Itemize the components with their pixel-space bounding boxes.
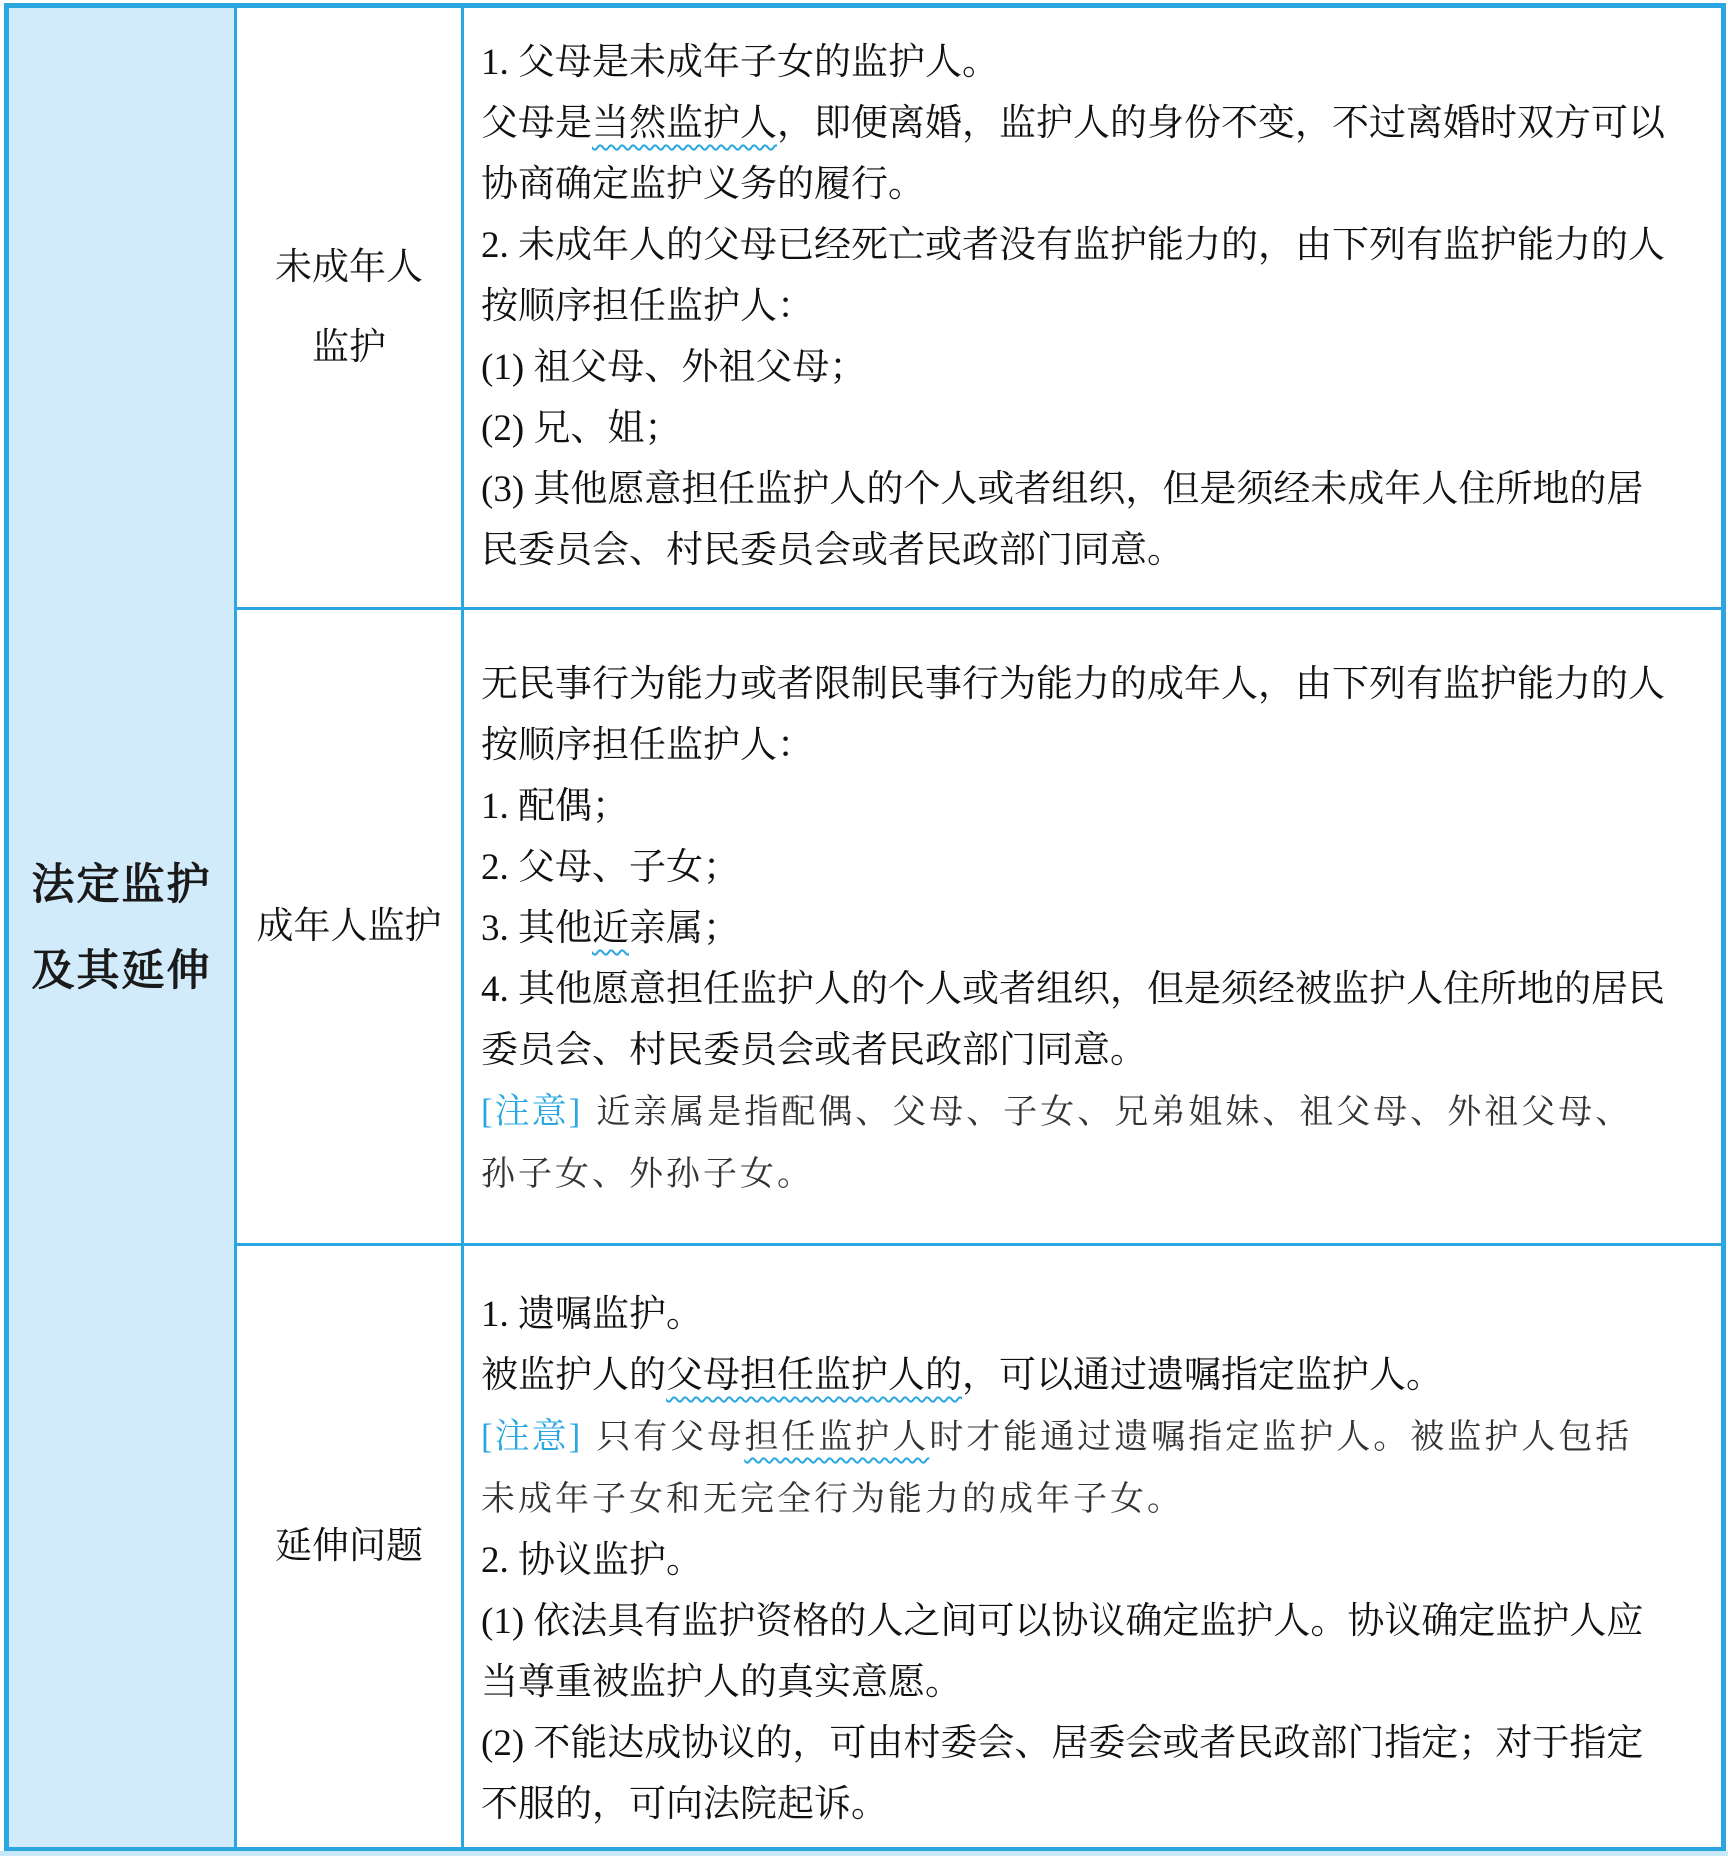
text-segment: 1. 父母是未成年子女的监护人。 (481, 42, 999, 83)
note-text: 时才能通过遗嘱指定监护人。被监护人包括 (929, 1419, 1632, 1456)
text-line: 按顺序担任监护人： (481, 715, 1711, 776)
text-segment: 1. 配偶； (481, 786, 629, 827)
row-label-extended-issues: 延伸问题 (237, 1243, 464, 1847)
text-line: [注意]只有父母担任监护人时才能通过遗嘱指定监护人。被监护人包括 (481, 1406, 1711, 1468)
text-segment: (1) 依法具有监护资格的人之间可以协议确定监护人。协议确定监护人应 (481, 1601, 1643, 1642)
text-segment: 父母是 (481, 103, 592, 144)
text-segment: 亲属； (629, 908, 740, 949)
note-label: [注意] (481, 1092, 582, 1131)
text-line: 民委员会、村民委员会或者民政部门同意。 (481, 520, 1711, 581)
text-segment: (3) 其他愿意担任监护人的个人或者组织，但是须经未成年人住所地的居 (481, 469, 1643, 510)
text-line: 1. 配偶； (481, 776, 1711, 837)
row-header-line: 及其延伸 (32, 928, 212, 1014)
text-line: 2. 未成年人的父母已经死亡或者没有监护能力的，由下列有监护能力的人 (481, 215, 1711, 276)
wavy-underlined-text: 近 (592, 908, 629, 949)
text-segment: 1. 遗嘱监护。 (481, 1294, 703, 1335)
text-segment: 委员会、村民委员会或者民政部门同意。 (481, 1030, 1147, 1071)
text-segment: 民委员会、村民委员会或者民政部门同意。 (481, 530, 1184, 571)
guardianship-table: 法定监护及其延伸 未成年人监护 1. 父母是未成年子女的监护人。父母是当然监护人… (4, 3, 1726, 1852)
text-line: (1) 祖父母、外祖父母； (481, 337, 1711, 398)
text-line: 当尊重被监护人的真实意愿。 (481, 1652, 1711, 1713)
text-line: 未成年子女和无完全行为能力的成年子女。 (481, 1468, 1711, 1530)
text-line: 按顺序担任监护人： (481, 276, 1711, 337)
text-segment: 不服的，可向法院起诉。 (481, 1784, 888, 1825)
text-segment: ，可以通过遗嘱指定监护人。 (962, 1355, 1443, 1396)
text-segment: 2. 父母、子女； (481, 847, 740, 888)
row-content-extended-issues: 1. 遗嘱监护。被监护人的父母担任监护人的，可以通过遗嘱指定监护人。[注意]只有… (464, 1243, 1721, 1847)
page: 法定监护及其延伸 未成年人监护 1. 父母是未成年子女的监护人。父母是当然监护人… (0, 0, 1728, 1856)
text-line: 委员会、村民委员会或者民政部门同意。 (481, 1020, 1711, 1081)
text-segment: 被监护人的 (481, 1355, 666, 1396)
note-text: 只有父母 (596, 1419, 744, 1456)
row-label-adult-guardianship: 成年人监护 (237, 607, 464, 1243)
row-content-minor-guardianship: 1. 父母是未成年子女的监护人。父母是当然监护人，即便离婚，监护人的身份不变，不… (464, 8, 1721, 607)
text-segment: 3. 其他 (481, 908, 592, 949)
row-content-adult-guardianship: 无民事行为能力或者限制民事行为能力的成年人，由下列有监护能力的人按顺序担任监护人… (464, 607, 1721, 1243)
text-segment: (2) 兄、姐； (481, 408, 681, 449)
row-label-line: 成年人监护 (257, 887, 442, 967)
row-header-line: 法定监护 (32, 842, 212, 928)
text-line: (1) 依法具有监护资格的人之间可以协议确定监护人。协议确定监护人应 (481, 1591, 1711, 1652)
text-line: 孙子女、外孙子女。 (481, 1143, 1711, 1205)
row-label-line: 监护 (312, 308, 386, 388)
text-segment: 按顺序担任监护人： (481, 286, 814, 327)
text-line: (2) 不能达成协议的，可由村委会、居委会或者民政部门指定；对于指定 (481, 1713, 1711, 1774)
text-segment: 按顺序担任监护人： (481, 725, 814, 766)
row-label-line: 延伸问题 (275, 1507, 423, 1587)
text-line: 2. 协议监护。 (481, 1530, 1711, 1591)
text-line: 1. 遗嘱监护。 (481, 1284, 1711, 1345)
wavy-underlined-text: 父母担任监护人的 (666, 1355, 962, 1396)
note-text: 未成年子女和无完全行为能力的成年子女。 (481, 1481, 1184, 1518)
text-line: 3. 其他近亲属； (481, 898, 1711, 959)
text-line: 协商确定监护义务的履行。 (481, 154, 1711, 215)
text-line: 4. 其他愿意担任监护人的个人或者组织，但是须经被监护人住所地的居民 (481, 959, 1711, 1020)
text-line: (3) 其他愿意担任监护人的个人或者组织，但是须经未成年人住所地的居 (481, 459, 1711, 520)
text-line: 1. 父母是未成年子女的监护人。 (481, 32, 1711, 93)
text-line: [注意]近亲属是指配偶、父母、子女、兄弟姐妹、祖父母、外祖父母、 (481, 1081, 1711, 1143)
text-segment: 当尊重被监护人的真实意愿。 (481, 1662, 962, 1703)
note-label: [注意] (481, 1417, 582, 1456)
text-line: 父母是当然监护人，即便离婚，监护人的身份不变，不过离婚时双方可以 (481, 93, 1711, 154)
note-text: 孙子女、外孙子女。 (481, 1156, 814, 1193)
text-segment: 协商确定监护义务的履行。 (481, 164, 925, 205)
text-segment: (2) 不能达成协议的，可由村委会、居委会或者民政部门指定；对于指定 (481, 1723, 1643, 1764)
text-segment: ，即便离婚，监护人的身份不变，不过离婚时双方可以 (777, 103, 1665, 144)
wavy-underlined-text: 担任监护人 (744, 1419, 929, 1456)
text-segment: (1) 祖父母、外祖父母； (481, 347, 866, 388)
text-line: 2. 父母、子女； (481, 837, 1711, 898)
text-line: 不服的，可向法院起诉。 (481, 1774, 1711, 1835)
row-label-minor-guardianship: 未成年人监护 (237, 8, 464, 607)
text-segment: 4. 其他愿意担任监护人的个人或者组织，但是须经被监护人住所地的居民 (481, 969, 1665, 1010)
note-text: 近亲属是指配偶、父母、子女、兄弟姐妹、祖父母、外祖父母、 (596, 1094, 1632, 1131)
text-line: 被监护人的父母担任监护人的，可以通过遗嘱指定监护人。 (481, 1345, 1711, 1406)
text-line: (2) 兄、姐； (481, 398, 1711, 459)
text-segment: 无民事行为能力或者限制民事行为能力的成年人，由下列有监护能力的人 (481, 664, 1665, 705)
text-segment: 2. 未成年人的父母已经死亡或者没有监护能力的，由下列有监护能力的人 (481, 225, 1665, 266)
text-line: 无民事行为能力或者限制民事行为能力的成年人，由下列有监护能力的人 (481, 654, 1711, 715)
row-label-line: 未成年人 (275, 228, 423, 308)
row-header-statutory-guardianship: 法定监护及其延伸 (9, 8, 237, 1847)
text-segment: 2. 协议监护。 (481, 1540, 703, 1581)
wavy-underlined-text: 当然监护人 (592, 103, 777, 144)
page-bottom-strip (0, 1851, 1728, 1856)
